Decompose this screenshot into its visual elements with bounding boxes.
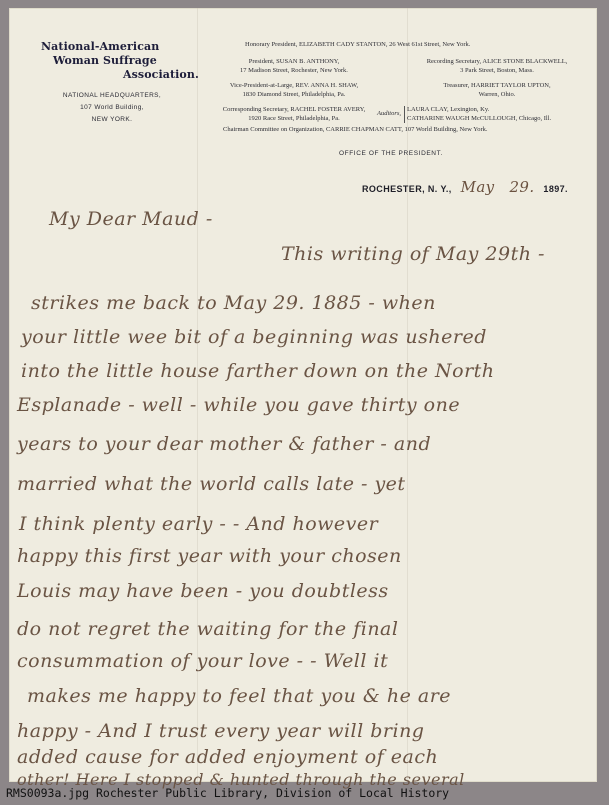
letter-line: added cause for added enjoyment of each	[17, 746, 438, 768]
recording-secretary: Recording Secretary, ALICE STONE BLACKWE…	[407, 58, 587, 75]
vice-president: Vice-President-at-Large, REV. ANNA H. SH…	[204, 82, 384, 99]
letter-line: your little wee bit of a beginning was u…	[21, 326, 487, 348]
letter-line: years to your dear mother & father - and	[17, 433, 431, 455]
letter-line: Esplanade - well - while you gave thirty…	[17, 394, 460, 416]
letter-page: National-American Woman Suffrage Associa…	[9, 8, 597, 782]
letter-line: happy this first year with your chosen	[17, 545, 402, 567]
salutation: My Dear Maud -	[49, 208, 213, 230]
letter-line: do not regret the waiting for the final	[17, 618, 398, 640]
president: President, SUSAN B. ANTHONY, 17 Madison …	[204, 58, 384, 75]
letter-line: married what the world calls late - yet	[17, 473, 406, 495]
letter-line: into the little house farther down on th…	[21, 360, 495, 382]
letter-line: strikes me back to May 29. 1885 - when	[31, 292, 436, 314]
treasurer: Treasurer, HARRIET TAYLOR UPTON, Warren,…	[407, 82, 587, 99]
letter-line: happy - And I trust every year will brin…	[17, 720, 424, 742]
letter-line: makes me happy to feel that you & he are	[27, 685, 451, 707]
letter-line: This writing of May 29th -	[281, 243, 545, 265]
office-of-president: OFFICE OF THE PRESIDENT.	[339, 150, 443, 157]
honorary-president: Honorary President, ELIZABETH CADY STANT…	[245, 41, 470, 50]
letter-line: I think plenty early - - And however	[19, 513, 378, 535]
auditors: Auditors, LAURA CLAY, Lexington, Ky. CAT…	[377, 106, 551, 123]
dateline: ROCHESTER, N. Y., May 29. 1897.	[362, 178, 568, 196]
image-caption: RMS0093a.jpg Rochester Public Library, D…	[6, 786, 449, 800]
organization-name: National-American Woman Suffrage Associa…	[23, 40, 193, 82]
letter-line: Louis may have been - you doubtless	[17, 580, 389, 602]
chairman-committee: Chairman Committee on Organization, CARR…	[223, 126, 488, 135]
letter-line: consummation of your love - - Well it	[17, 650, 388, 672]
headquarters-address: NATIONAL HEADQUARTERS, 107 World Buildin…	[23, 90, 193, 126]
corresponding-secretary: Corresponding Secretary, RACHEL FOSTER A…	[199, 106, 389, 123]
letterhead-organization-block: National-American Woman Suffrage Associa…	[23, 40, 193, 126]
